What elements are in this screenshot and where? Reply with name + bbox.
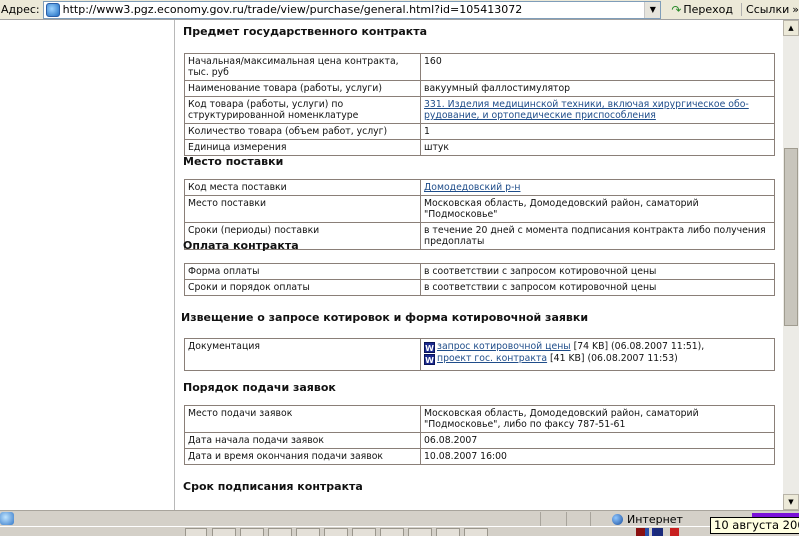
taskbar-button[interactable] — [212, 528, 236, 536]
row-key: Единица измерения — [185, 140, 421, 156]
taskbar-button[interactable] — [185, 528, 207, 536]
notice-table: Документация Wзапрос котировочной цены [… — [184, 338, 775, 371]
subject-table: Начальная/максимальная цена контракта, т… — [184, 53, 775, 156]
taskbar-button[interactable] — [296, 528, 320, 536]
taskbar-button[interactable] — [380, 528, 404, 536]
row-value: штук — [421, 140, 775, 156]
links-button[interactable]: Ссылки » — [741, 3, 799, 16]
product-code-link[interactable]: 331. Изделия медицинской техники, включа… — [424, 99, 749, 121]
row-key: Дата и время окончания подачи заявок — [185, 449, 421, 465]
table-row: Количество товара (объем работ, услуг)1 — [185, 124, 775, 140]
document-link[interactable]: запрос котировочной цены — [437, 341, 571, 352]
document-item: Wзапрос котировочной цены [74 KB] (06.08… — [424, 341, 771, 353]
document-meta: [41 KB] (06.08.2007 11:53) — [547, 353, 678, 364]
row-value: Московская область, Домодедовский район,… — [421, 406, 775, 433]
left-blank-panel — [0, 20, 175, 510]
row-value: 331. Изделия медицинской техники, включа… — [421, 97, 775, 124]
row-key: Место подачи заявок — [185, 406, 421, 433]
tray-icon[interactable] — [654, 528, 663, 536]
row-value: 1 — [421, 124, 775, 140]
row-key: Код товара (работы, услуги) по структури… — [185, 97, 421, 124]
row-key: Код места поставки — [185, 180, 421, 196]
document-item: Wпроект гос. контракта [41 KB] (06.08.20… — [424, 353, 771, 365]
go-button[interactable]: ↷ Переход — [667, 3, 737, 17]
tray-icon[interactable] — [636, 528, 645, 536]
row-key: Место поставки — [185, 196, 421, 223]
scroll-up-button[interactable]: ▲ — [783, 20, 799, 36]
row-key: Начальная/максимальная цена контракта, т… — [185, 54, 421, 81]
submission-table: Место подачи заявокМосковская область, Д… — [184, 405, 775, 465]
section-title-signing: Срок подписания контракта — [183, 480, 363, 493]
row-value: 160 — [421, 54, 775, 81]
globe-icon — [612, 514, 623, 525]
url-input[interactable]: http://www3.pgz.economy.gov.ru/trade/vie… — [43, 1, 662, 19]
table-row: Форма оплатыв соответствии с запросом ко… — [185, 264, 775, 280]
section-title-subject: Предмет государственного контракта — [183, 25, 427, 38]
row-value: Домодедовский р-н — [421, 180, 775, 196]
section-title-delivery: Место поставки — [183, 155, 283, 168]
row-value: Московская область, Домодедовский район,… — [421, 196, 775, 223]
payment-table: Форма оплатыв соответствии с запросом ко… — [184, 263, 775, 296]
url-text: http://www3.pgz.economy.gov.ru/trade/vie… — [63, 3, 523, 16]
table-row: Код места поставкиДомодедовский р-н — [185, 180, 775, 196]
table-row: Место подачи заявокМосковская область, Д… — [185, 406, 775, 433]
row-value: 06.08.2007 — [421, 433, 775, 449]
status-divider — [540, 512, 541, 526]
taskbar-button[interactable] — [240, 528, 264, 536]
delivery-code-link[interactable]: Домодедовский р-н — [424, 182, 521, 193]
row-value: в соответствии с запросом котировочной ц… — [421, 264, 775, 280]
table-row: Сроки и порядок оплатыв соответствии с з… — [185, 280, 775, 296]
table-row: Дата и время окончания подачи заявок10.0… — [185, 449, 775, 465]
row-key: Форма оплаты — [185, 264, 421, 280]
links-label: Ссылки — [746, 3, 789, 16]
section-title-payment: Оплата контракта — [183, 239, 299, 252]
word-document-icon: W — [424, 354, 435, 365]
taskbar-button[interactable] — [352, 528, 376, 536]
taskbar — [0, 526, 799, 536]
table-row: Наименование товара (работы, услуги)ваку… — [185, 81, 775, 97]
url-dropdown-button[interactable]: ▼ — [644, 2, 660, 18]
row-key: Сроки и порядок оплаты — [185, 280, 421, 296]
zone-label: Интернет — [627, 513, 683, 526]
date-tooltip: 10 августа 2007 г. — [710, 517, 799, 534]
table-row: Единица измеренияштук — [185, 140, 775, 156]
scroll-down-button[interactable]: ▼ — [783, 494, 799, 510]
address-label: Адрес: — [0, 3, 43, 16]
taskbar-button[interactable] — [408, 528, 432, 536]
ie-page-icon — [0, 512, 14, 525]
table-row: Место поставкиМосковская область, Домоде… — [185, 196, 775, 223]
row-value: в течение 20 дней с момента подписания к… — [421, 223, 775, 250]
document-link[interactable]: проект гос. контракта — [437, 353, 547, 364]
page-viewport: Предмет государственного контракта Начал… — [0, 20, 783, 510]
table-row: Дата начала подачи заявок06.08.2007 — [185, 433, 775, 449]
row-value: 10.08.2007 16:00 — [421, 449, 775, 465]
row-key: Документация — [185, 339, 421, 371]
row-key: Дата начала подачи заявок — [185, 433, 421, 449]
table-row: Начальная/максимальная цена контракта, т… — [185, 54, 775, 81]
taskbar-button[interactable] — [464, 528, 488, 536]
word-document-icon: W — [424, 342, 435, 353]
table-row: Код товара (работы, услуги) по структури… — [185, 97, 775, 124]
row-value: Wзапрос котировочной цены [74 KB] (06.08… — [421, 339, 775, 371]
go-label: Переход — [683, 3, 733, 16]
chevron-right-icon: » — [792, 3, 799, 16]
row-value: в соответствии с запросом котировочной ц… — [421, 280, 775, 296]
status-bar: Интернет — [0, 510, 799, 526]
taskbar-button[interactable] — [324, 528, 348, 536]
taskbar-button[interactable] — [268, 528, 292, 536]
page-icon — [46, 3, 60, 17]
security-zone: Интернет — [612, 511, 683, 527]
document-meta: [74 KB] (06.08.2007 11:51), — [571, 341, 705, 352]
section-title-notice: Извещение о запросе котировок и форма ко… — [181, 311, 588, 324]
status-divider — [566, 512, 567, 526]
taskbar-button[interactable] — [436, 528, 460, 536]
tray-icon[interactable] — [670, 528, 679, 536]
address-bar: Адрес: http://www3.pgz.economy.gov.ru/tr… — [0, 0, 799, 20]
row-key: Наименование товара (работы, услуги) — [185, 81, 421, 97]
table-row: Документация Wзапрос котировочной цены [… — [185, 339, 775, 371]
vertical-scrollbar[interactable]: ▲ ▼ — [783, 20, 799, 510]
scrollbar-thumb[interactable] — [784, 148, 798, 326]
status-divider — [590, 512, 591, 526]
row-value: вакуумный фаллостимулятор — [421, 81, 775, 97]
row-key: Количество товара (объем работ, услуг) — [185, 124, 421, 140]
go-arrow-icon: ↷ — [671, 3, 681, 17]
section-title-submission: Порядок подачи заявок — [183, 381, 336, 394]
